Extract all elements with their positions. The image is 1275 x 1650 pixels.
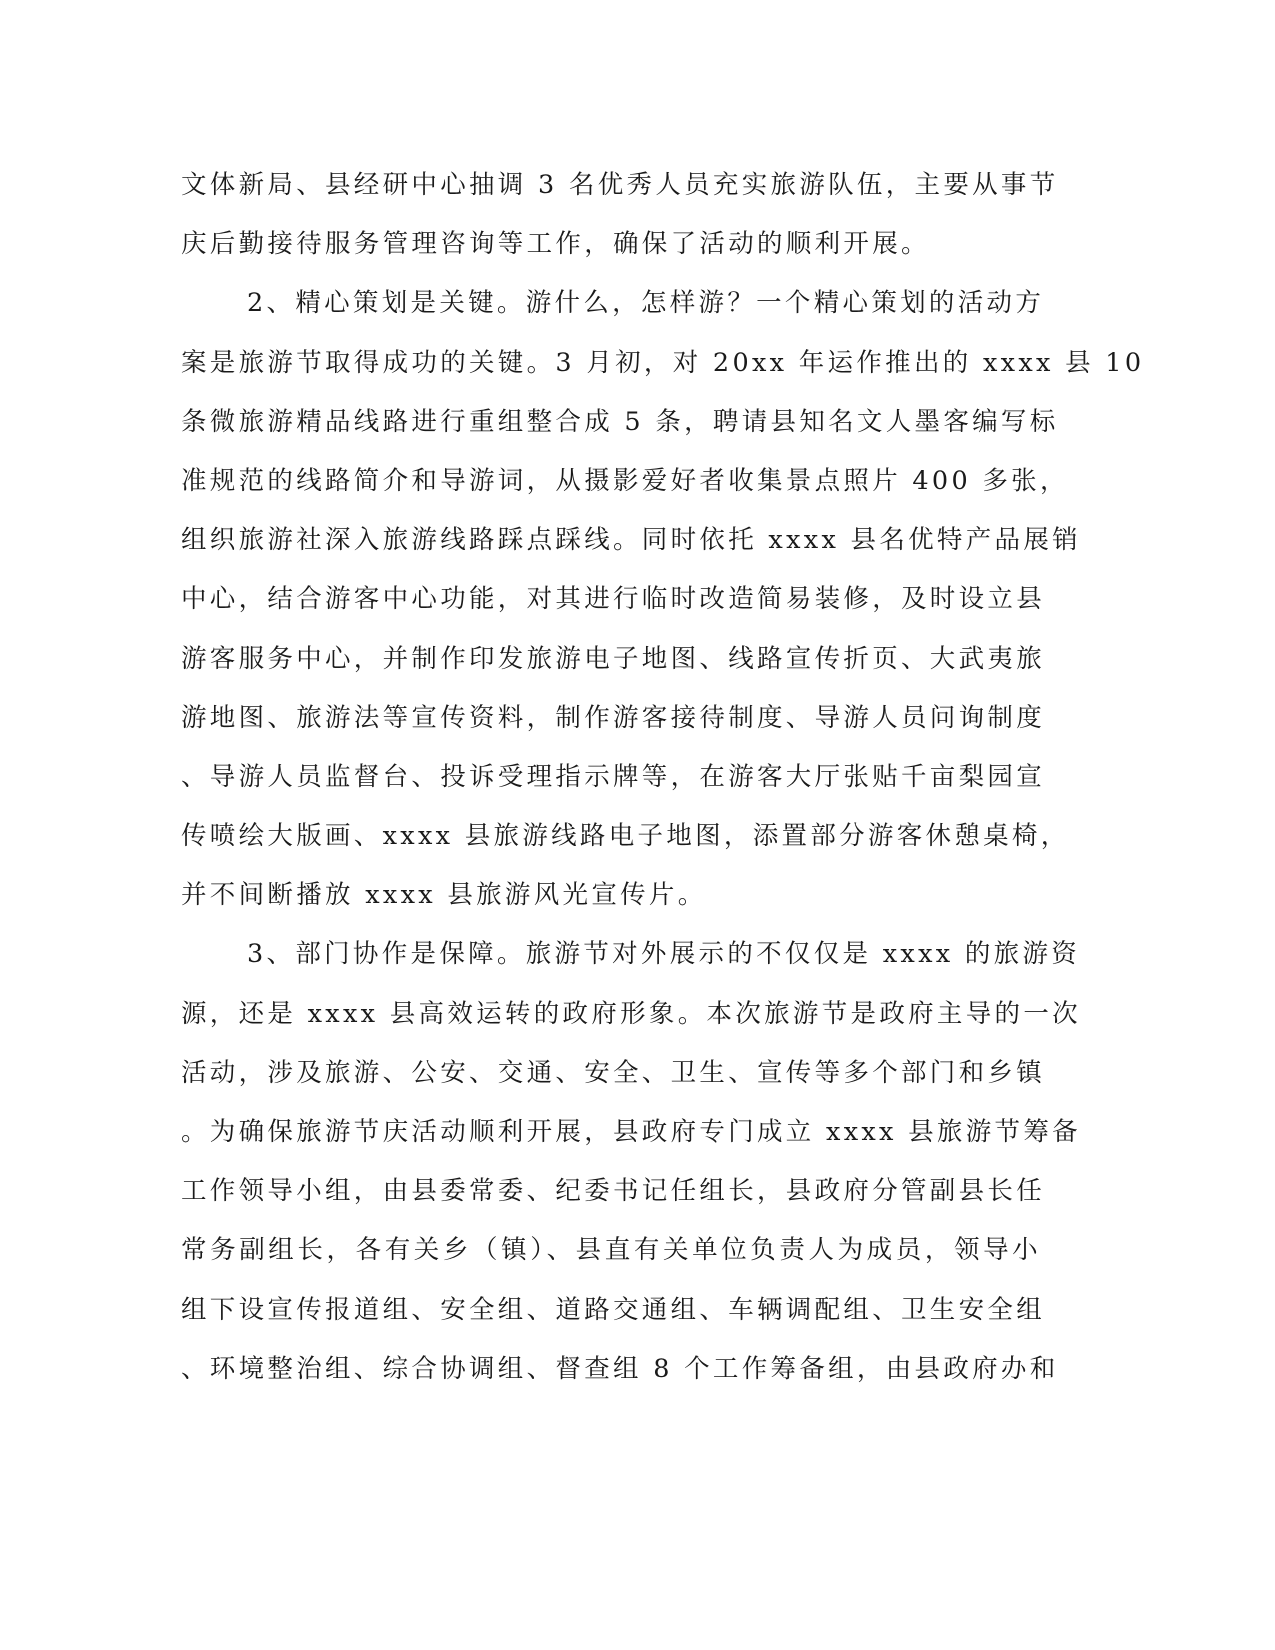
text-line: 、环境整治组、综合协调组、督查组 8 个工作筹备组，由县政府办和 xyxy=(181,1340,1041,1399)
text-line: 游客服务中心，并制作印发旅游电子地图、线路宣传折页、大武夷旅 xyxy=(181,630,1041,689)
text-line: 组织旅游社深入旅游线路踩点踩线。同时依托 xxxx 县名优特产品展销 xyxy=(181,511,1041,570)
text-line: 案是旅游节取得成功的关键。3 月初，对 20xx 年运作推出的 xxxx 县 1… xyxy=(181,334,1041,393)
document-page: 文体新局、县经研中心抽调 3 名优秀人员充实旅游队伍，主要从事节 庆后勤接待服务… xyxy=(0,0,1275,1650)
text-line: 游地图、旅游法等宣传资料，制作游客接待制度、导游人员问询制度 xyxy=(181,689,1041,748)
text-line: 文体新局、县经研中心抽调 3 名优秀人员充实旅游队伍，主要从事节 xyxy=(181,156,1041,215)
paragraph-heading-line: 3、部门协作是保障。旅游节对外展示的不仅仅是 xxxx 的旅游资 xyxy=(181,925,1041,984)
text-line: 工作领导小组，由县委常委、纪委书记任组长，县政府分管副县长任 xyxy=(181,1162,1041,1221)
text-line: 并不间断播放 xxxx 县旅游风光宣传片。 xyxy=(181,866,1041,925)
text-line: 常务副组长，各有关乡（镇）、县直有关单位负责人为成员，领导小 xyxy=(181,1221,1041,1280)
text-line: 、导游人员监督台、投诉受理指示牌等，在游客大厅张贴千亩梨园宣 xyxy=(181,748,1041,807)
text-line: 准规范的线路简介和导游词，从摄影爱好者收集景点照片 400 多张， xyxy=(181,452,1041,511)
text-line: 源，还是 xxxx 县高效运转的政府形象。本次旅游节是政府主导的一次 xyxy=(181,985,1041,1044)
text-line: 中心，结合游客中心功能，对其进行临时改造简易装修，及时设立县 xyxy=(181,570,1041,629)
text-line: 传喷绘大版画、xxxx 县旅游线路电子地图，添置部分游客休憩桌椅， xyxy=(181,807,1041,866)
paragraph-heading-line: 2、精心策划是关键。游什么，怎样游？一个精心策划的活动方 xyxy=(181,274,1041,333)
text-line: 。为确保旅游节庆活动顺利开展，县政府专门成立 xxxx 县旅游节筹备 xyxy=(181,1103,1041,1162)
text-line: 庆后勤接待服务管理咨询等工作，确保了活动的顺利开展。 xyxy=(181,215,1041,274)
text-line: 条微旅游精品线路进行重组整合成 5 条，聘请县知名文人墨客编写标 xyxy=(181,393,1041,452)
text-line: 组下设宣传报道组、安全组、道路交通组、车辆调配组、卫生安全组 xyxy=(181,1281,1041,1340)
text-line: 活动，涉及旅游、公安、交通、安全、卫生、宣传等多个部门和乡镇 xyxy=(181,1044,1041,1103)
document-body: 文体新局、县经研中心抽调 3 名优秀人员充实旅游队伍，主要从事节 庆后勤接待服务… xyxy=(181,156,1041,1399)
